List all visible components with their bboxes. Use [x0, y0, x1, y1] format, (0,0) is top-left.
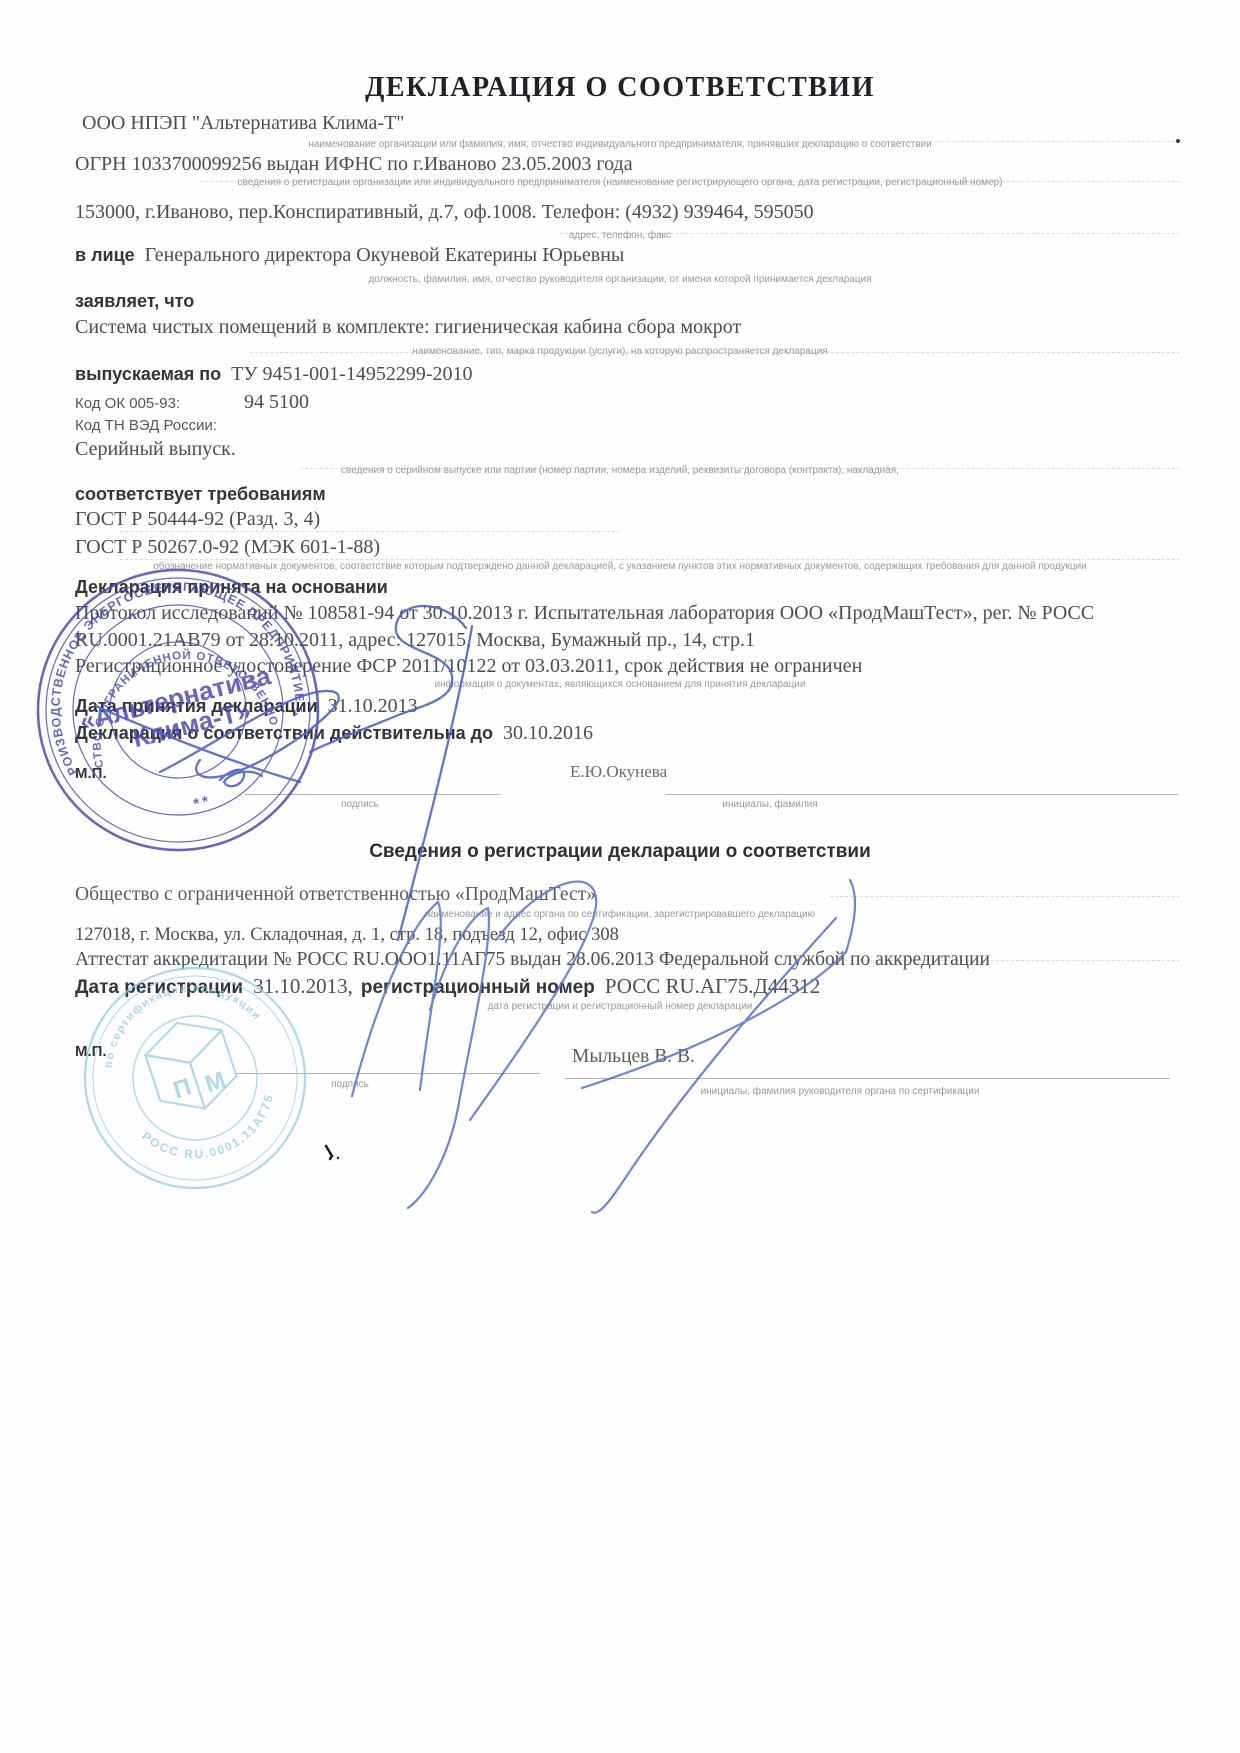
in-person-value: Генерального директора Окуневой Екатерин… [145, 244, 625, 266]
standard-2: ГОСТ Р 50267.0-92 (МЭК 601-1-88) [75, 536, 380, 559]
svg-text:* *: * * [191, 793, 211, 814]
code-ok-line: Код ОК 005-93: 94 5100 [75, 391, 309, 414]
valid-until-value: 30.10.2016 [503, 722, 593, 744]
signatory-line-1 [665, 794, 1178, 795]
signatory-name-1: Е.Ю.Окунева [570, 762, 667, 782]
registration-number-value: РОСС RU.АГ75.Д44312 [605, 974, 820, 998]
signatory-name-2: Мыльцев В. В. [572, 1046, 695, 1068]
stamp-place-label-2: М.П. [75, 1043, 107, 1060]
declarant-ogrn: ОГРН 1033700099256 выдан ИФНС по г.Ивано… [75, 153, 633, 176]
standard-1: ГОСТ Р 50444-92 (Разд. 3, 4) [75, 508, 320, 531]
stamp-ring-stars: * * [191, 793, 211, 814]
document-title: ДЕКЛАРАЦИЯ О СООТВЕТСТВИИ [0, 72, 1240, 104]
conformity-heading: соответствует требованиям [75, 484, 326, 505]
declarant-name-caption: наименование организации или фамилия, им… [0, 139, 1240, 150]
basis-heading: Декларация принята на основании [75, 577, 388, 598]
declares-label: заявляет, что [75, 291, 194, 312]
basis-line-2: RU.0001.21АВ79 от 28.10.2011, адрес: 127… [75, 629, 755, 652]
issued-label: выпускаемая по [75, 364, 221, 384]
code-ok-value: 94 5100 [244, 391, 309, 413]
field-rule [830, 896, 1180, 897]
signature-line-1 [245, 794, 500, 795]
certification-body-caption: наименование и адрес органа по сертифика… [0, 909, 1240, 920]
conformity-caption: обозначение нормативных документов, соот… [0, 561, 1240, 572]
registrar-stamp-cube-letter-right: М [202, 1066, 229, 1098]
signature-caption-1: подпись [250, 799, 470, 810]
declarant-ogrn-caption: сведения о регистрации организации или и… [0, 177, 1240, 188]
registration-caption: дата регистрации и регистрационный номер… [0, 1001, 1240, 1012]
signature-caption-2: подпись [270, 1079, 430, 1090]
in-person-label: в лице [75, 245, 135, 265]
adoption-date-line: Дата принятия декларации 31.10.2013 [75, 695, 418, 718]
registration-number-label: регистрационный номер [361, 977, 595, 998]
registration-date-line: Дата регистрации 31.10.2013, регистрацио… [75, 974, 820, 999]
declarant-address-caption: адрес, телефон, факс [0, 230, 1240, 241]
accreditation-line: Аттестат аккредитации № РОСС RU.ООО1.11А… [75, 949, 990, 971]
issued-line: выпускаемая по ТУ 9451-001-14952299-2010 [75, 363, 473, 386]
serial-caption: сведения о серийном выпуске или партии (… [0, 465, 1240, 476]
certification-body-name: Общество с ограниченной ответственностью… [75, 884, 596, 906]
basis-caption: информация о документах, являющихся осно… [0, 679, 1240, 690]
ink-mark [326, 1146, 339, 1159]
certification-body-address: 127018, г. Москва, ул. Складочная, д. 1,… [75, 925, 619, 946]
adoption-date-value: 31.10.2013 [328, 695, 418, 717]
serial-release: Серийный выпуск. [75, 438, 236, 461]
field-rule [120, 531, 620, 532]
signatory-line-2 [565, 1078, 1170, 1079]
field-rule [120, 559, 1180, 560]
in-person-line: в лице Генерального директора Окуневой Е… [75, 244, 624, 267]
signature-line-2 [235, 1073, 540, 1074]
signatory-caption-2: инициалы, фамилия руководителя органа по… [560, 1086, 1120, 1097]
product-name-caption: наименование, тип, марка продукции (услу… [0, 346, 1240, 357]
registration-date-value: 31.10.2013, [253, 974, 353, 998]
product-name: Система чистых помещений в комплекте: ги… [75, 316, 741, 339]
registration-date-label: Дата регистрации [75, 977, 243, 998]
document-page: ДЕКЛАРАЦИЯ О СООТВЕТСТВИИ ООО НПЭП "Альт… [0, 0, 1240, 1753]
registration-heading: Сведения о регистрации декларации о соот… [0, 841, 1240, 863]
issued-value: ТУ 9451-001-14952299-2010 [231, 363, 472, 385]
adoption-date-label: Дата принятия декларации [75, 696, 318, 716]
stamp-place-label-1: М.П. [75, 765, 107, 782]
registrar-stamp-bottom-text: РОСС RU.0001.11АГ75 [137, 1088, 290, 1180]
basis-line-1: Протокол исследований № 108581-94 от 30.… [75, 602, 1094, 625]
code-ok-label: Код ОК 005-93: [75, 395, 240, 412]
valid-until-line: Декларация о соответствии действительна … [75, 722, 593, 745]
registrar-stamp-cube-letter-left: П [170, 1073, 195, 1104]
valid-until-label: Декларация о соответствии действительна … [75, 723, 493, 743]
declarant-name: ООО НПЭП "Альтернатива Клима-Т" [82, 112, 404, 135]
signatory-caption-1: инициалы, фамилия [560, 799, 980, 810]
code-tnved-label: Код ТН ВЭД России: [75, 417, 217, 434]
basis-line-3: Регистрационное удостоверение ФСР 2011/1… [75, 655, 862, 678]
in-person-caption: должность, фамилия, имя, отчество руково… [0, 274, 1240, 285]
svg-text:РОСС RU.0001.11АГ75: РОСС RU.0001.11АГ75 [137, 1088, 290, 1180]
declarant-address: 153000, г.Иваново, пер.Конспиративный, д… [75, 201, 814, 224]
